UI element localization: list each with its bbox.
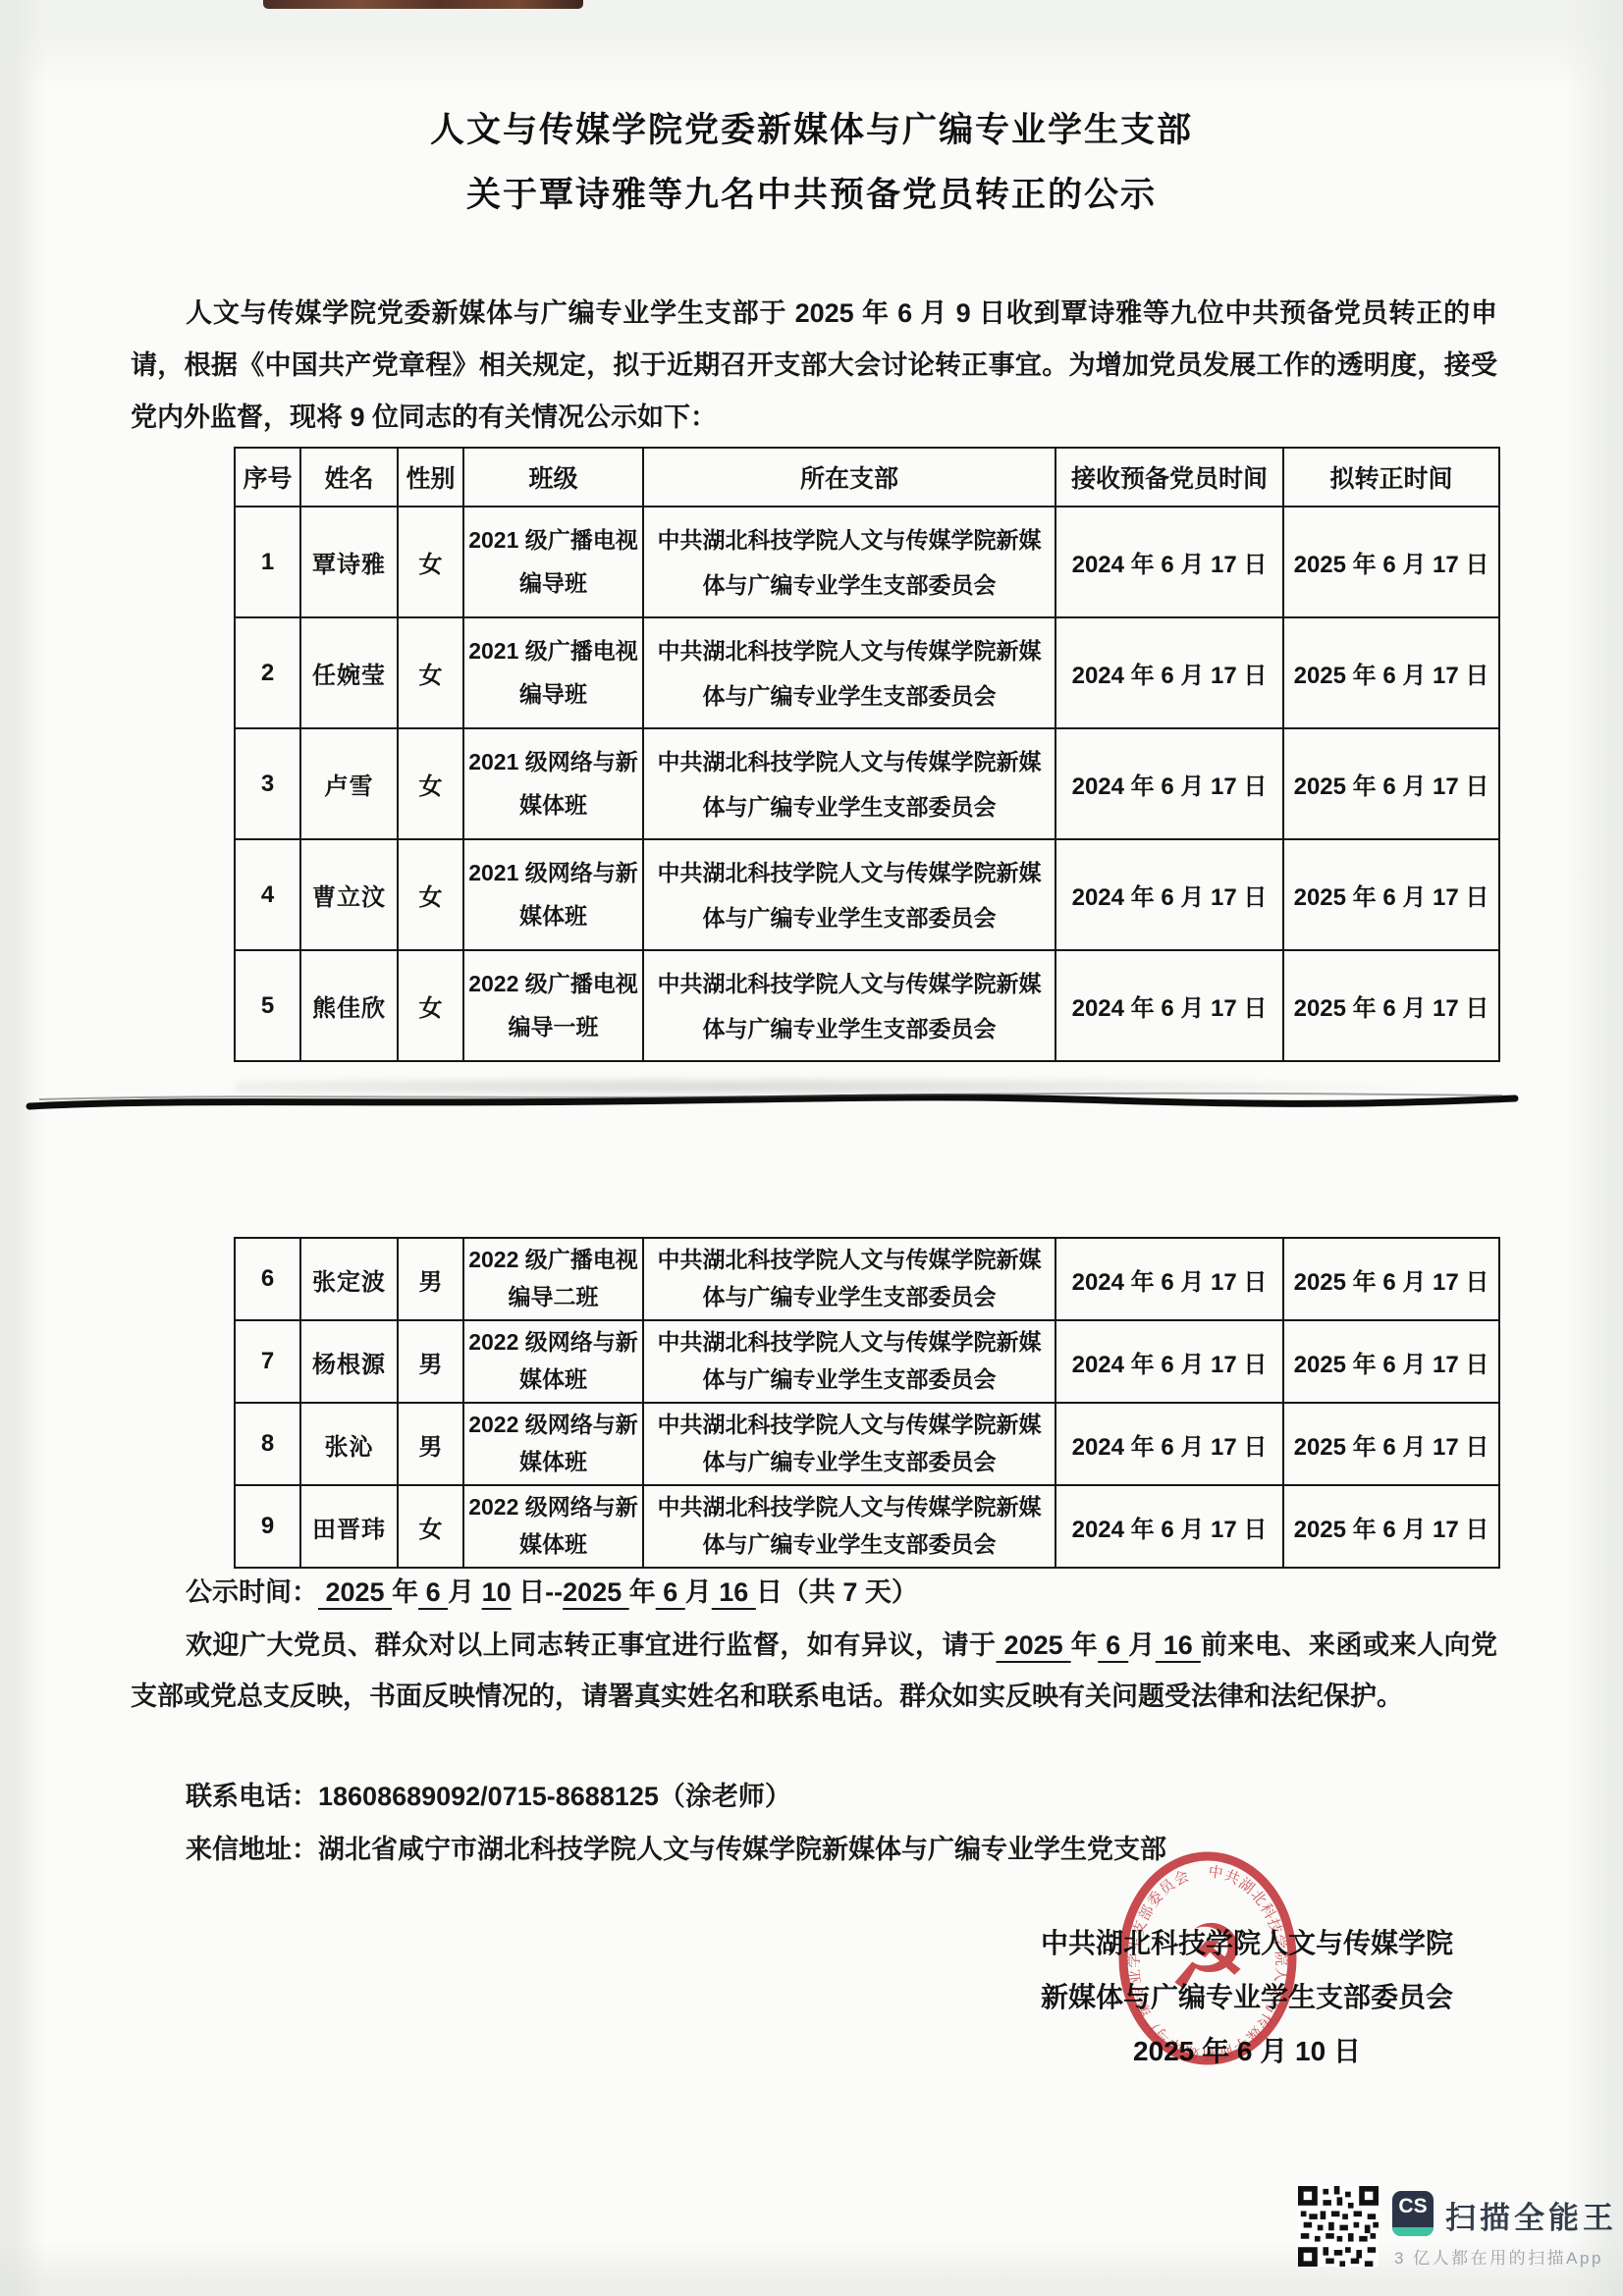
cell-name: 曹立汶 <box>300 839 398 950</box>
table-row: 8 张沁 男 2022 级网络与新媒体班 中共湖北科技学院人文与传媒学院新媒体与… <box>235 1403 1499 1485</box>
cell-class: 2022 级网络与新媒体班 <box>463 1320 643 1403</box>
cell-confirm-date: 2025 年 6 月 17 日 <box>1283 839 1499 950</box>
contact-phone-line: 联系电话：18608689092/0715-8688125（涂老师） <box>131 1775 1497 1813</box>
cell-confirm-date: 2025 年 6 月 17 日 <box>1283 728 1499 839</box>
cell-gender: 男 <box>398 1238 463 1320</box>
cell-join-date: 2024 年 6 月 17 日 <box>1055 950 1283 1061</box>
cell-join-date: 2024 年 6 月 17 日 <box>1055 728 1283 839</box>
cell-join-date: 2024 年 6 月 17 日 <box>1055 839 1283 950</box>
cell-branch: 中共湖北科技学院人文与传媒学院新媒体与广编专业学生支部委员会 <box>643 1403 1055 1485</box>
cell-branch: 中共湖北科技学院人文与传媒学院新媒体与广编专业学生支部委员会 <box>643 617 1055 728</box>
title-line-1: 人文与传媒学院党委新媒体与广编专业学生支部 <box>0 98 1623 163</box>
cell-gender: 男 <box>398 1403 463 1485</box>
cell-class: 2022 级广播电视编导二班 <box>463 1238 643 1320</box>
cell-gender: 女 <box>398 617 463 728</box>
cell-join-date: 2024 年 6 月 17 日 <box>1055 617 1283 728</box>
table-row: 5 熊佳欣 女 2022 级广播电视编导一班 中共湖北科技学院人文与传媒学院新媒… <box>235 950 1499 1061</box>
cell-name: 杨根源 <box>300 1320 398 1403</box>
cell-gender: 女 <box>398 1485 463 1568</box>
cell-gender: 女 <box>398 728 463 839</box>
cell-no: 1 <box>235 507 300 617</box>
cell-branch: 中共湖北科技学院人文与传媒学院新媒体与广编专业学生支部委员会 <box>643 507 1055 617</box>
header-branch: 所在支部 <box>643 448 1055 507</box>
cs-logo: CS <box>1392 2191 1434 2236</box>
cell-branch: 中共湖北科技学院人文与传媒学院新媒体与广编专业学生支部委员会 <box>643 1485 1055 1568</box>
cell-branch: 中共湖北科技学院人文与传媒学院新媒体与广编专业学生支部委员会 <box>643 1320 1055 1403</box>
cell-name: 任婉莹 <box>300 617 398 728</box>
cell-join-date: 2024 年 6 月 17 日 <box>1055 1485 1283 1568</box>
header-name: 姓名 <box>300 448 398 507</box>
app-tagline: 3 亿人都在用的扫描App <box>1394 2244 1603 2269</box>
cell-confirm-date: 2025 年 6 月 17 日 <box>1283 507 1499 617</box>
cell-confirm-date: 2025 年 6 月 17 日 <box>1283 950 1499 1061</box>
cell-class: 2022 级网络与新媒体班 <box>463 1485 643 1568</box>
cell-no: 9 <box>235 1485 300 1568</box>
cell-gender: 女 <box>398 950 463 1061</box>
table-row: 3 卢雪 女 2021 级网络与新媒体班 中共湖北科技学院人文与传媒学院新媒体与… <box>235 728 1499 839</box>
cell-name: 熊佳欣 <box>300 950 398 1061</box>
hammer-sickle-icon: ☭ <box>1167 1908 1248 2008</box>
table-row: 2 任婉莹 女 2021 级广播电视编导班 中共湖北科技学院人文与传媒学院新媒体… <box>235 617 1499 728</box>
cs-logo-text: CS <box>1392 2195 1434 2218</box>
cell-class: 2021 级网络与新媒体班 <box>463 839 643 950</box>
cell-name: 张沁 <box>300 1403 398 1485</box>
cell-name: 卢雪 <box>300 728 398 839</box>
scanned-document-page: 人文与传媒学院党委新媒体与广编专业学生支部 关于覃诗雅等九名中共预备党员转正的公… <box>0 0 1623 2296</box>
cell-class: 2022 级广播电视编导一班 <box>463 950 643 1061</box>
table-row: 7 杨根源 男 2022 级网络与新媒体班 中共湖北科技学院人文与传媒学院新媒体… <box>235 1320 1499 1403</box>
supervision-paragraph: 欢迎广大党员、群众对以上同志转正事宜进行监督，如有异议，请于 2025 年 6 … <box>131 1620 1497 1722</box>
cell-branch: 中共湖北科技学院人文与传媒学院新媒体与广编专业学生支部委员会 <box>643 950 1055 1061</box>
cell-join-date: 2024 年 6 月 17 日 <box>1055 507 1283 617</box>
document-title: 人文与传媒学院党委新媒体与广编专业学生支部 关于覃诗雅等九名中共预备党员转正的公… <box>0 98 1623 228</box>
cell-name: 覃诗雅 <box>300 507 398 617</box>
cell-no: 6 <box>235 1238 300 1320</box>
cell-confirm-date: 2025 年 6 月 17 日 <box>1283 617 1499 728</box>
intro-paragraph: 人文与传媒学院党委新媒体与广编专业学生支部于 2025 年 6 月 9 日收到覃… <box>131 288 1497 444</box>
cell-gender: 女 <box>398 507 463 617</box>
cell-join-date: 2024 年 6 月 17 日 <box>1055 1238 1283 1320</box>
cell-confirm-date: 2025 年 6 月 17 日 <box>1283 1320 1499 1403</box>
scan-fold-line <box>0 1080 1623 1125</box>
roster-table-part1: 序号 姓名 性别 班级 所在支部 接收预备党员时间 拟转正时间 1 覃诗雅 女 … <box>234 447 1500 1062</box>
table-header-row: 序号 姓名 性别 班级 所在支部 接收预备党员时间 拟转正时间 <box>235 448 1499 507</box>
cell-no: 2 <box>235 617 300 728</box>
table-row: 1 覃诗雅 女 2021 级广播电视编导班 中共湖北科技学院人文与传媒学院新媒体… <box>235 507 1499 617</box>
cell-confirm-date: 2025 年 6 月 17 日 <box>1283 1485 1499 1568</box>
cell-class: 2021 级广播电视编导班 <box>463 507 643 617</box>
publicity-period-line: 公示时间： 2025 年 6 月 10 日--2025 年 6 月 16 日（共… <box>131 1571 1497 1609</box>
official-stamp: 中共湖北科技学院人文与传媒学院新媒体与广编专业学生支部委员会 ☭ <box>1109 1843 1306 2077</box>
cell-name: 田晋玮 <box>300 1485 398 1568</box>
cell-no: 7 <box>235 1320 300 1403</box>
roster-table-part2: 6 张定波 男 2022 级广播电视编导二班 中共湖北科技学院人文与传媒学院新媒… <box>234 1237 1500 1569</box>
header-no: 序号 <box>235 448 300 507</box>
cell-confirm-date: 2025 年 6 月 17 日 <box>1283 1403 1499 1485</box>
header-confirm-date: 拟转正时间 <box>1283 448 1499 507</box>
mail-address-line: 来信地址：湖北省咸宁市湖北科技学院人文与传媒学院新媒体与广编专业学生党支部 <box>131 1828 1564 1866</box>
cell-confirm-date: 2025 年 6 月 17 日 <box>1283 1238 1499 1320</box>
title-line-2: 关于覃诗雅等九名中共预备党员转正的公示 <box>0 163 1623 228</box>
cell-class: 2021 级网络与新媒体班 <box>463 728 643 839</box>
cell-class: 2021 级广播电视编导班 <box>463 617 643 728</box>
cell-no: 5 <box>235 950 300 1061</box>
table-row: 9 田晋玮 女 2022 级网络与新媒体班 中共湖北科技学院人文与传媒学院新媒体… <box>235 1485 1499 1568</box>
header-join-date: 接收预备党员时间 <box>1055 448 1283 507</box>
cell-class: 2022 级网络与新媒体班 <box>463 1403 643 1485</box>
cell-no: 3 <box>235 728 300 839</box>
cell-branch: 中共湖北科技学院人文与传媒学院新媒体与广编专业学生支部委员会 <box>643 728 1055 839</box>
cell-branch: 中共湖北科技学院人文与传媒学院新媒体与广编专业学生支部委员会 <box>643 839 1055 950</box>
table-row: 4 曹立汶 女 2021 级网络与新媒体班 中共湖北科技学院人文与传媒学院新媒体… <box>235 839 1499 950</box>
cs-logo-strip <box>1392 2227 1434 2236</box>
scan-edge-artifact <box>263 0 583 9</box>
cell-branch: 中共湖北科技学院人文与传媒学院新媒体与广编专业学生支部委员会 <box>643 1238 1055 1320</box>
table-row: 6 张定波 男 2022 级广播电视编导二班 中共湖北科技学院人文与传媒学院新媒… <box>235 1238 1499 1320</box>
cell-gender: 男 <box>398 1320 463 1403</box>
cell-join-date: 2024 年 6 月 17 日 <box>1055 1320 1283 1403</box>
camscanner-watermark: CS 扫描全能王 3 亿人都在用的扫描App <box>1298 2181 1593 2279</box>
app-name: 扫描全能王 <box>1445 2193 1617 2237</box>
header-gender: 性别 <box>398 448 463 507</box>
header-class: 班级 <box>463 448 643 507</box>
qr-code <box>1298 2185 1379 2268</box>
cell-gender: 女 <box>398 839 463 950</box>
cell-no: 8 <box>235 1403 300 1485</box>
cell-no: 4 <box>235 839 300 950</box>
cell-join-date: 2024 年 6 月 17 日 <box>1055 1403 1283 1485</box>
cell-name: 张定波 <box>300 1238 398 1320</box>
